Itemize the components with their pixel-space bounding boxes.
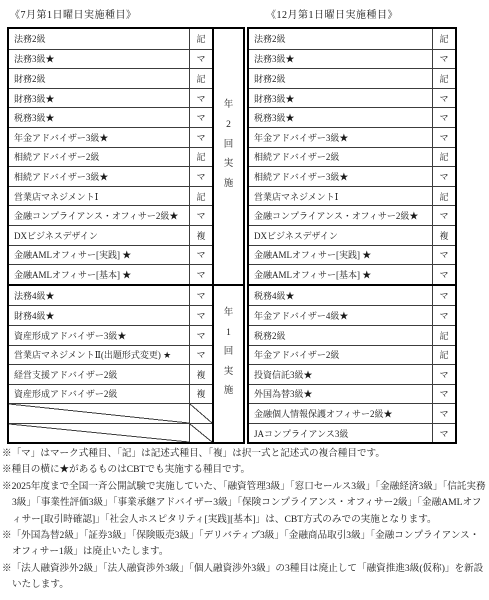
table-row: DXビジネスデザイン複 [249,225,455,245]
notes: ※「マ」はマーク式種目、「記」は記述式種目、「複」は択一式と記述式の複合種目です… [2,446,488,594]
item-name: 資産形成アドバイザー3級★ [9,326,189,345]
table-row: 財務2級記 [9,68,212,88]
empty-mark-cell [189,404,212,423]
schedule-char: 施 [224,382,234,402]
item-name: 税務3級★ [9,108,189,127]
item-mark: 記 [189,187,212,206]
item-name: 財務2級 [249,69,432,88]
item-name: 金融AMLオフィサー[実践] ★ [249,246,432,265]
table-row: 金融AMLオフィサー[基本] ★マ [9,264,212,284]
item-name: 投資信託3級★ [249,365,432,384]
item-mark: 記 [189,69,212,88]
item-name: DXビジネスデザイン [9,226,189,245]
note: ※2025年度まで全国一斉公開試験で実施していた、「融資管理3級」「窓口セールス… [2,479,488,528]
item-mark: マ [432,108,455,127]
empty-mark-cell [189,424,212,443]
table-row: 資産形成アドバイザー2級複 [9,384,212,404]
item-name: 年金アドバイザー2級 [249,346,432,365]
july-table-title: 《7月第1日曜日実施種目》 [10,6,137,21]
item-mark: マ [432,265,455,284]
item-mark: マ [432,365,455,384]
table-row: 税務3級★マ [9,107,212,127]
item-name: DXビジネスデザイン [249,226,432,245]
item-mark: マ [432,424,455,443]
table-row: 年金アドバイザー4級★マ [249,305,455,325]
table-row: 資産形成アドバイザー3級★マ [9,325,212,345]
item-name: 資産形成アドバイザー2級 [9,385,189,404]
table-row: 金融コンプライアンス・オフィサー2級★マ [249,205,455,225]
empty-cell [9,424,189,443]
item-mark: マ [432,306,455,325]
empty-cell [9,404,189,423]
table-row: 年金アドバイザー3級★マ [9,127,212,147]
item-mark: マ [432,128,455,147]
rows-column: 法務2級記法務3級★マ財務2級記財務3級★マ税務3級★マ年金アドバイザー3級★マ… [9,29,212,284]
item-mark: マ [189,128,212,147]
july-exam-table: 法務2級記法務3級★マ財務2級記財務3級★マ税務3級★マ年金アドバイザー3級★マ… [7,27,245,444]
item-mark: 記 [432,326,455,345]
item-mark: マ [189,50,212,69]
item-mark: マ [189,89,212,108]
item-name: 税務3級★ [249,108,432,127]
table-row: 財務3級★マ [9,88,212,108]
item-name: 相続アドバイザー2級 [249,148,432,167]
table-row: 財務4級★マ [9,305,212,325]
item-mark: マ [432,167,455,186]
table-row: 金融個人情報保護オフィサー2級★マ [249,403,455,423]
schedule-label: 年1回実施 [224,304,234,402]
table-row: 金融AMLオフィサー[実践] ★マ [9,245,212,265]
item-mark: マ [189,206,212,225]
table-row: 営業店マネジメントⅡ(出題形式変更) ★マ [9,345,212,365]
item-name: 金融AMLオフィサー[基本] ★ [9,265,189,284]
note: ※「マ」はマーク式種目、「記」は記述式種目、「複」は択一式と記述式の複合種目です… [2,446,488,462]
item-mark: 記 [432,187,455,206]
item-mark: マ [432,404,455,423]
rows-column: 法務4級★マ財務4級★マ資産形成アドバイザー3級★マ営業店マネジメントⅡ(出題形… [9,286,212,443]
item-name: 年金アドバイザー4級★ [249,306,432,325]
item-name: 財務2級 [9,69,189,88]
item-name: 財務3級★ [249,89,432,108]
item-mark: マ [432,206,455,225]
rows-column: 法務2級記法務3級★マ財務2級記財務3級★マ税務3級★マ年金アドバイザー3級★マ… [249,29,455,284]
item-mark: 記 [432,346,455,365]
table-row: 年金アドバイザー3級★マ [249,127,455,147]
table-row: 法務4級★マ [9,286,212,306]
table-row: 法務2級記 [9,29,212,49]
exam-section: 税務4級★マ年金アドバイザー4級★マ税務2級記年金アドバイザー2級記投資信託3級… [247,284,457,445]
note: ※「外国為替2級」「証券3級」「保険販売3級」「デリバティブ3級」「金融商品取引… [2,528,488,561]
item-name: 法務4級★ [9,286,189,306]
table-row: 相続アドバイザー3級★マ [9,166,212,186]
december-table-title: 《12月第1日曜日実施種目》 [266,6,398,21]
table-row: 金融AMLオフィサー[基本] ★マ [249,264,455,284]
item-mark: マ [189,306,212,325]
note: ※「法人融資渉外2級」「法人融資渉外3級」「個人融資渉外3級」の3種目は廃止して… [2,561,488,594]
item-mark: マ [189,346,212,365]
item-name: 金融コンプライアンス・オフィサー2級★ [249,206,432,225]
item-mark: 記 [432,69,455,88]
note: ※種目の横に★があるものはCBTでも実施する種目です。 [2,462,488,478]
item-name: 金融コンプライアンス・オフィサー2級★ [9,206,189,225]
item-mark: マ [189,108,212,127]
table-row: 法務3級★マ [9,49,212,69]
table-row: 営業店マネジメントⅠ記 [249,186,455,206]
table-row: 投資信託3級★マ [249,364,455,384]
item-mark: 複 [189,365,212,384]
schedule-char: 施 [224,175,234,195]
item-name: 税務4級★ [249,286,432,306]
item-name: 法務3級★ [249,50,432,69]
item-name: 営業店マネジメントⅡ(出題形式変更) ★ [9,346,189,365]
exam-section: 法務2級記法務3級★マ財務2級記財務3級★マ税務3級★マ年金アドバイザー3級★マ… [247,27,457,286]
document-page: 《7月第1日曜日実施種目》 《12月第1日曜日実施種目》 法務2級記法務3級★マ… [0,0,489,600]
item-name: JAコンプライアンス3級 [249,424,432,443]
table-row [9,403,212,423]
item-name: 相続アドバイザー3級★ [249,167,432,186]
item-name: 法務2級 [9,29,189,49]
table-row [9,423,212,443]
item-mark: 記 [432,29,455,49]
table-row: 金融AMLオフィサー[実践] ★マ [249,245,455,265]
item-mark: マ [432,385,455,404]
item-mark: 記 [432,148,455,167]
item-mark: マ [432,246,455,265]
schedule-char: 2 [226,116,231,136]
item-mark: マ [189,265,212,284]
table-row: 相続アドバイザー2級記 [249,147,455,167]
item-name: 金融AMLオフィサー[基本] ★ [249,265,432,284]
item-name: 相続アドバイザー3級★ [9,167,189,186]
item-mark: 記 [189,29,212,49]
item-name: 年金アドバイザー3級★ [249,128,432,147]
table-row: DXビジネスデザイン複 [9,225,212,245]
table-row: 営業店マネジメントⅠ記 [9,186,212,206]
item-name: 年金アドバイザー3級★ [9,128,189,147]
table-row: 経営支援アドバイザー2級複 [9,364,212,384]
item-name: 金融個人情報保護オフィサー2級★ [249,404,432,423]
exam-section: 法務4級★マ財務4級★マ資産形成アドバイザー3級★マ営業店マネジメントⅡ(出題形… [7,284,245,445]
schedule-char: 年 [224,304,234,324]
table-row: 財務3級★マ [249,88,455,108]
schedule-char: 年 [224,96,234,116]
schedule-char: 実 [224,155,234,175]
item-mark: マ [189,326,212,345]
table-row: 税務2級記 [249,325,455,345]
item-name: 金融AMLオフィサー[実践] ★ [9,246,189,265]
table-row: 税務3級★マ [249,107,455,127]
table-row: 税務4級★マ [249,286,455,306]
item-mark: 記 [189,148,212,167]
item-name: 相続アドバイザー2級 [9,148,189,167]
item-mark: 複 [189,385,212,404]
table-row: JAコンプライアンス3級マ [249,423,455,443]
schedule-label: 年2回実施 [224,96,234,194]
item-name: 外国為替3級★ [249,385,432,404]
item-mark: マ [432,50,455,69]
table-row: 年金アドバイザー2級記 [249,345,455,365]
december-exam-table: 法務2級記法務3級★マ財務2級記財務3級★マ税務3級★マ年金アドバイザー3級★マ… [247,27,457,444]
item-name: 営業店マネジメントⅠ [249,187,432,206]
item-mark: マ [189,167,212,186]
schedule-frequency-cell: 年2回実施 [212,29,243,284]
schedule-char: 1 [226,324,231,344]
item-mark: マ [432,89,455,108]
item-mark: マ [189,286,212,306]
rows-column: 税務4級★マ年金アドバイザー4級★マ税務2級記年金アドバイザー2級記投資信託3級… [249,286,455,443]
item-name: 財務3級★ [9,89,189,108]
table-row: 金融コンプライアンス・オフィサー2級★マ [9,205,212,225]
table-row: 法務2級記 [249,29,455,49]
item-mark: 複 [189,226,212,245]
table-row: 相続アドバイザー3級★マ [249,166,455,186]
table-row: 外国為替3級★マ [249,384,455,404]
item-name: 法務3級★ [9,50,189,69]
item-name: 財務4級★ [9,306,189,325]
item-name: 経営支援アドバイザー2級 [9,365,189,384]
item-mark: 複 [432,226,455,245]
schedule-char: 実 [224,363,234,383]
item-name: 営業店マネジメントⅠ [9,187,189,206]
exam-section: 法務2級記法務3級★マ財務2級記財務3級★マ税務3級★マ年金アドバイザー3級★マ… [7,27,245,286]
table-row: 法務3級★マ [249,49,455,69]
schedule-frequency-cell: 年1回実施 [212,286,243,443]
item-name: 法務2級 [249,29,432,49]
table-row: 相続アドバイザー2級記 [9,147,212,167]
schedule-char: 回 [224,136,234,156]
table-row: 財務2級記 [249,68,455,88]
item-name: 税務2級 [249,326,432,345]
item-mark: マ [432,286,455,306]
item-mark: マ [189,246,212,265]
schedule-char: 回 [224,343,234,363]
